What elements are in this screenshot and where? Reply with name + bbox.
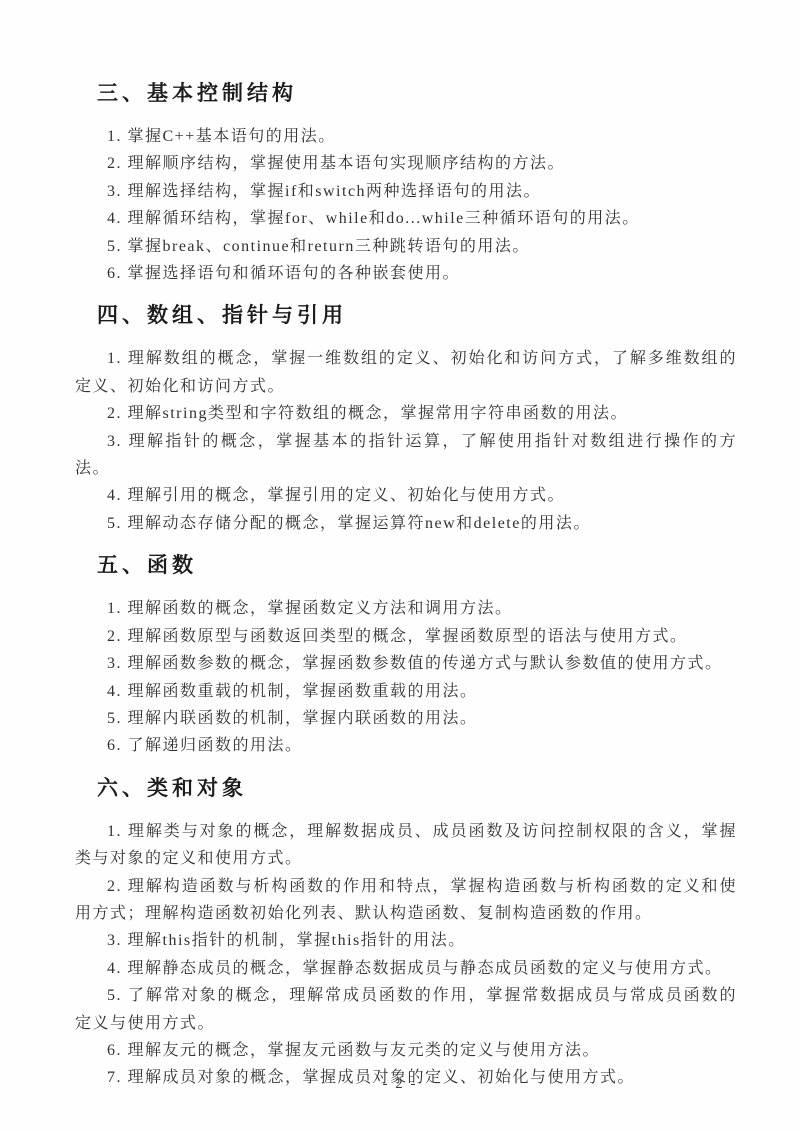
section-classes-and-objects: 六、类和对象 1. 理解类与对象的概念，理解数据成员、成员函数及访问控制权限的含… [75, 777, 737, 1092]
syllabus-item: 6. 掌握选择语句和循环语句的各种嵌套使用。 [75, 260, 737, 287]
section-title: 六、类和对象 [97, 777, 737, 799]
syllabus-item: 5. 了解常对象的概念，理解常成员函数的作用，掌握常数据成员与常成员函数的定义与… [75, 982, 737, 1037]
syllabus-item: 5. 理解内联函数的机制，掌握内联函数的用法。 [75, 705, 737, 732]
page-number: - 2 - [0, 1076, 800, 1093]
syllabus-item: 4. 理解函数重载的机制，掌握函数重载的用法。 [75, 678, 737, 705]
syllabus-item: 4. 理解静态成员的概念，掌握静态数据成员与静态成员函数的定义与使用方式。 [75, 955, 737, 982]
syllabus-item: 6. 理解友元的概念，掌握友元函数与友元类的定义与使用方法。 [75, 1037, 737, 1064]
syllabus-item: 1. 理解数组的概念，掌握一维数组的定义、初始化和访问方式，了解多维数组的定义、… [75, 345, 737, 400]
syllabus-item: 1. 理解类与对象的概念，理解数据成员、成员函数及访问控制权限的含义，掌握类与对… [75, 818, 737, 873]
syllabus-item: 5. 理解动态存储分配的概念，掌握运算符new和delete的用法。 [75, 510, 737, 537]
syllabus-item: 2. 理解顺序结构，掌握使用基本语句实现顺序结构的方法。 [75, 150, 737, 177]
syllabus-item: 6. 了解递归函数的用法。 [75, 732, 737, 759]
section-functions: 五、函数 1. 理解函数的概念，掌握函数定义方法和调用方法。 2. 理解函数原型… [75, 554, 737, 759]
section-title: 四、数组、指针与引用 [97, 304, 737, 326]
syllabus-item: 1. 掌握C++基本语句的用法。 [75, 123, 737, 150]
syllabus-item: 2. 理解string类型和字符数组的概念，掌握常用字符串函数的用法。 [75, 400, 737, 427]
syllabus-item: 3. 理解指针的概念，掌握基本的指针运算，了解使用指针对数组进行操作的方法。 [75, 428, 737, 483]
syllabus-item: 5. 掌握break、continue和return三种跳转语句的用法。 [75, 233, 737, 260]
syllabus-item: 3. 理解this指针的机制，掌握this指针的用法。 [75, 927, 737, 954]
syllabus-item: 4. 理解引用的概念，掌握引用的定义、初始化与使用方式。 [75, 482, 737, 509]
section-arrays-pointers-references: 四、数组、指针与引用 1. 理解数组的概念，掌握一维数组的定义、初始化和访问方式… [75, 304, 737, 537]
syllabus-item: 3. 理解选择结构，掌握if和switch两种选择语句的用法。 [75, 178, 737, 205]
syllabus-item: 2. 理解函数原型与函数返回类型的概念，掌握函数原型的语法与使用方式。 [75, 623, 737, 650]
syllabus-content: 三、基本控制结构 1. 掌握C++基本语句的用法。 2. 理解顺序结构，掌握使用… [75, 0, 737, 1092]
document-page: 三、基本控制结构 1. 掌握C++基本语句的用法。 2. 理解顺序结构，掌握使用… [0, 0, 800, 1131]
syllabus-item: 4. 理解循环结构，掌握for、while和do...while三种循环语句的用… [75, 205, 737, 232]
section-basic-control-structures: 三、基本控制结构 1. 掌握C++基本语句的用法。 2. 理解顺序结构，掌握使用… [75, 82, 737, 287]
syllabus-item: 2. 理解构造函数与析构函数的作用和特点，掌握构造函数与析构函数的定义和使用方式… [75, 873, 737, 928]
syllabus-item: 3. 理解函数参数的概念，掌握函数参数值的传递方式与默认参数值的使用方式。 [75, 650, 737, 677]
section-title: 五、函数 [97, 554, 737, 576]
syllabus-item: 1. 理解函数的概念，掌握函数定义方法和调用方法。 [75, 595, 737, 622]
section-title: 三、基本控制结构 [97, 82, 737, 104]
